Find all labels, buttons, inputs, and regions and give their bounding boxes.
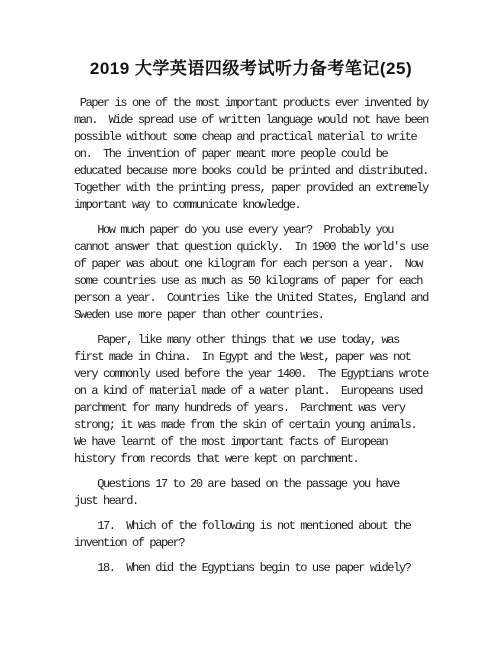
document-page: 2019 大学英语四级考试听力备考笔记(25) Paper is one of … xyxy=(0,0,502,649)
passage-paragraph-intro: Paper is one of the most important produ… xyxy=(74,95,472,214)
passage-paragraph-history: Paper, like many other things that we us… xyxy=(74,332,472,468)
question-17: 17. Which of the following is not mentio… xyxy=(74,518,472,552)
passage-questions-note: Questions 17 to 20 are based on the pass… xyxy=(74,476,472,510)
question-18: 18. When did the Egyptians begin to use … xyxy=(74,560,472,577)
passage-paragraph-usage: How much paper do you use every year? Pr… xyxy=(74,222,472,324)
passage-content: Paper is one of the most important produ… xyxy=(74,95,472,577)
page-title: 2019 大学英语四级考试听力备考笔记(25) xyxy=(10,58,492,80)
